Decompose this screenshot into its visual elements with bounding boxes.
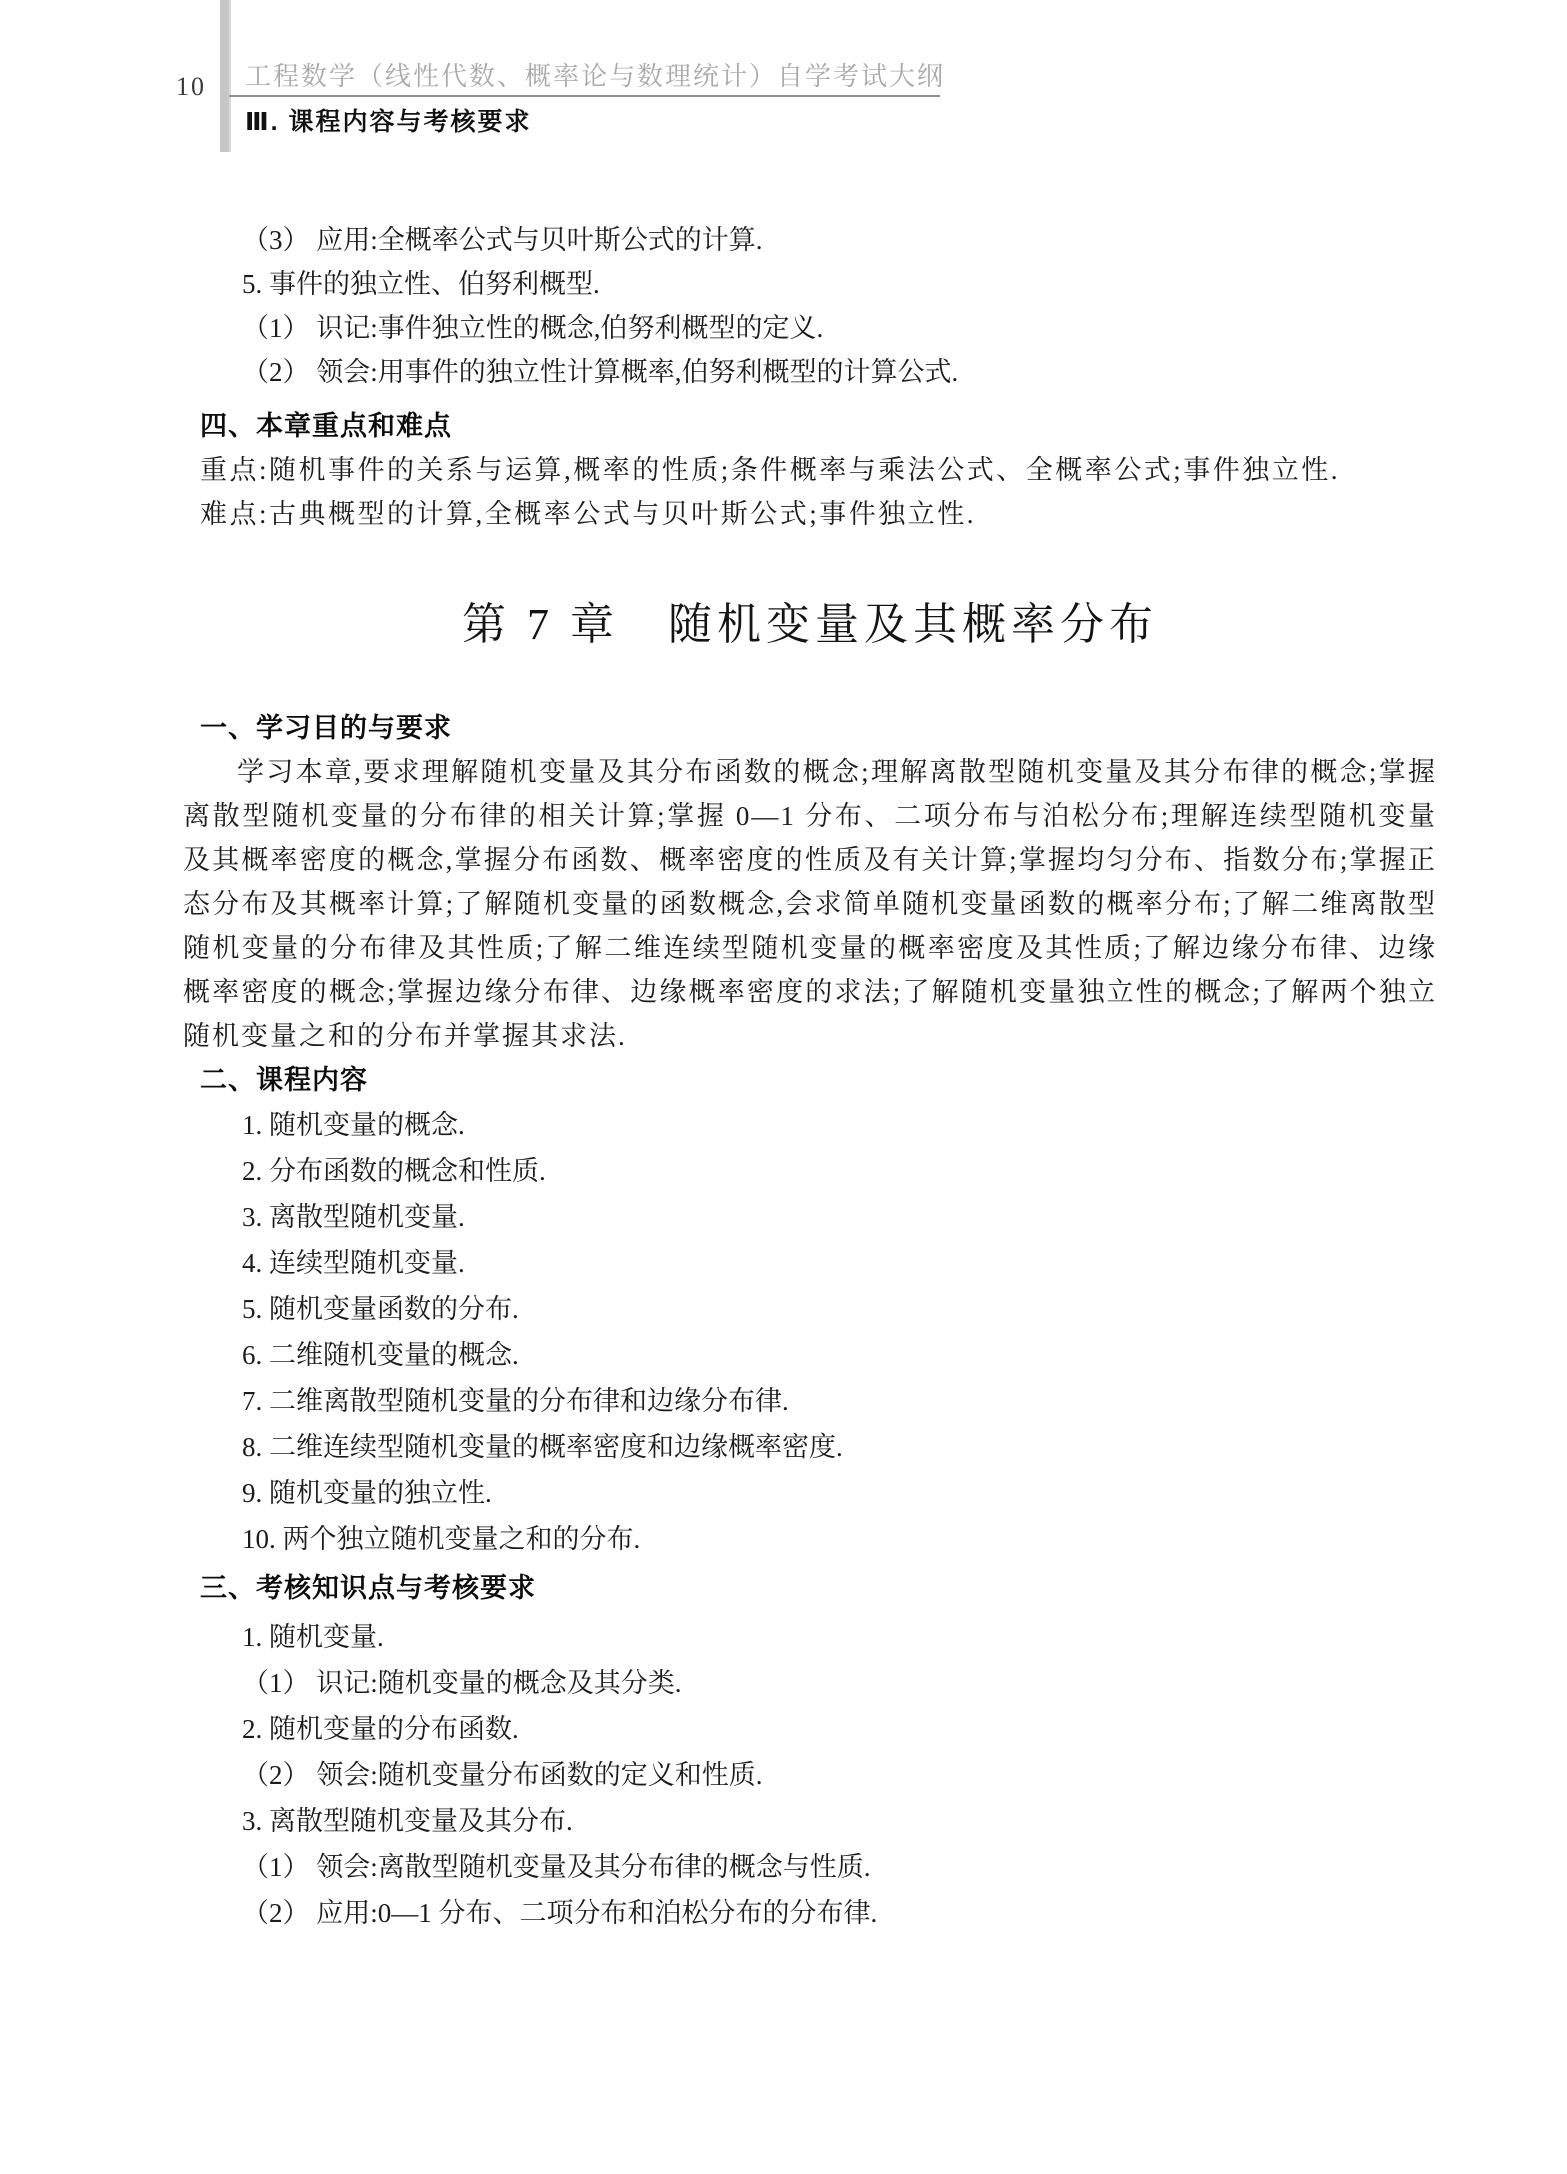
list-item: （3） 应用:全概率公式与贝叶斯公式的计算. (242, 218, 1437, 262)
goals-heading: 一、学习目的与要求 (200, 706, 1437, 750)
list-item: 7. 二维离散型随机变量的分布律和边缘分布律. (242, 1378, 1437, 1424)
list-item: 9. 随机变量的独立性. (242, 1470, 1437, 1516)
list-item: 3. 离散型随机变量. (242, 1194, 1437, 1240)
course-content-list: 1. 随机变量的概念. 2. 分布函数的概念和性质. 3. 离散型随机变量. 4… (242, 1102, 1437, 1562)
list-item: 2. 分布函数的概念和性质. (242, 1148, 1437, 1194)
list-item: 5. 随机变量函数的分布. (242, 1286, 1437, 1332)
list-item: 6. 二维随机变量的概念. (242, 1332, 1437, 1378)
list-item: 5. 事件的独立性、伯努利概型. (242, 262, 1437, 306)
key-points-line: 重点:随机事件的关系与运算,概率的性质;条件概率与乘法公式、全概率公式;事件独立… (200, 448, 1437, 492)
list-item: 2. 随机变量的分布函数. (242, 1706, 1437, 1752)
list-item: 3. 离散型随机变量及其分布. (242, 1798, 1437, 1844)
assessment-list: 1. 随机变量. （1） 识记:随机变量的概念及其分类. 2. 随机变量的分布函… (242, 1614, 1437, 1936)
goals-paragraph: 学习本章,要求理解随机变量及其分布函数的概念;理解离散型随机变量及其分布律的概念… (183, 750, 1437, 1058)
list-item: 1. 随机变量的概念. (242, 1102, 1437, 1148)
list-item: 10. 两个独立随机变量之和的分布. (242, 1516, 1437, 1562)
list-item: 1. 随机变量. (242, 1614, 1437, 1660)
assessment-heading: 三、考核知识点与考核要求 (200, 1566, 1437, 1610)
list-item: 8. 二维连续型随机变量的概率密度和边缘概率密度. (242, 1424, 1437, 1470)
list-item: （2） 领会:随机变量分布函数的定义和性质. (242, 1752, 1437, 1798)
difficulties-line: 难点:古典概型的计算,全概率公式与贝叶斯公式;事件独立性. (200, 492, 1437, 536)
list-item: （1） 识记:事件独立性的概念,伯努利概型的定义. (242, 306, 1437, 350)
list-item: 4. 连续型随机变量. (242, 1240, 1437, 1286)
list-item: （1） 识记:随机变量的概念及其分类. (242, 1660, 1437, 1706)
chapter-title: 第 7 章 随机变量及其概率分布 (183, 594, 1437, 656)
list-item: （2） 应用:0—1 分布、二项分布和泊松分布的分布律. (242, 1890, 1437, 1936)
course-content-heading: 二、课程内容 (200, 1058, 1437, 1102)
list-item: （1） 领会:离散型随机变量及其分布律的概念与性质. (242, 1844, 1437, 1890)
prev-chapter-list: （3） 应用:全概率公式与贝叶斯公式的计算. 5. 事件的独立性、伯努利概型. … (242, 218, 1437, 394)
list-item: （2） 领会:用事件的独立性计算概率,伯努利概型的计算公式. (242, 350, 1437, 394)
key-points-heading: 四、本章重点和难点 (200, 404, 1437, 448)
page-body: （3） 应用:全概率公式与贝叶斯公式的计算. 5. 事件的独立性、伯努利概型. … (183, 0, 1437, 1936)
document-page: 10 工程数学（线性代数、概率论与数理统计）自学考试大纲 Ⅲ. 课程内容与考核要… (0, 0, 1567, 2174)
